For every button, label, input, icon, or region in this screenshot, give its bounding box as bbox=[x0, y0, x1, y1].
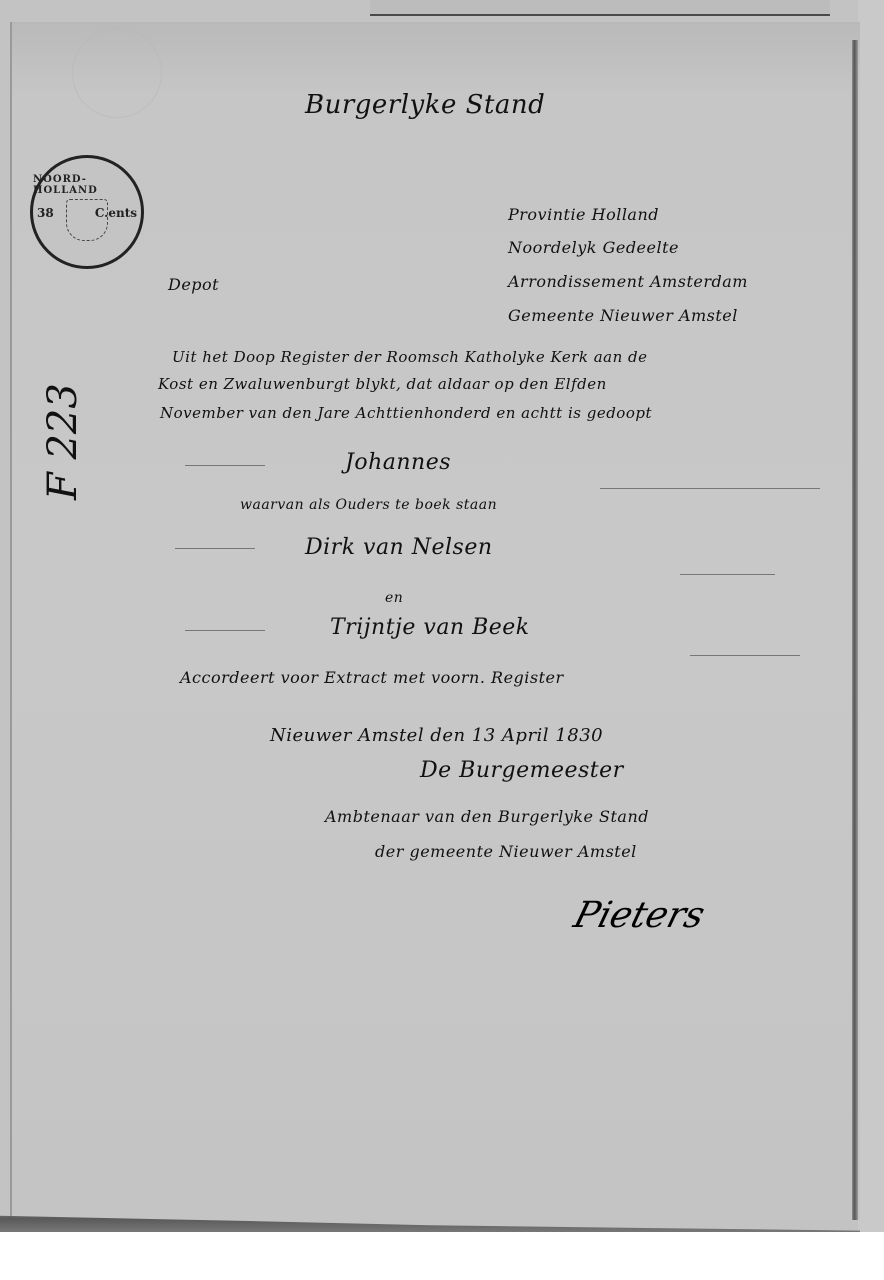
signature: Pieters bbox=[570, 895, 709, 936]
header-municipality: Gemeente Nieuwer Amstel bbox=[508, 306, 738, 325]
header-arrondissement: Arrondissement Amsterdam bbox=[508, 272, 748, 291]
margin-record-number: F 223 bbox=[40, 383, 86, 500]
header-province: Provintie Holland bbox=[508, 205, 659, 224]
conjunction: en bbox=[385, 590, 403, 606]
fill-rule bbox=[690, 655, 800, 656]
father-name: Dirk van Nelsen bbox=[305, 535, 493, 560]
stamp-value: 38 C.ents bbox=[37, 206, 137, 220]
stamp-right-text: C.ents bbox=[95, 206, 137, 220]
stamp-top-text: NOORD-HOLLAND bbox=[33, 174, 141, 196]
child-name: Johannes bbox=[345, 450, 451, 475]
signatory-role-1: Ambtenaar van den Burgerlyke Stand bbox=[325, 807, 649, 826]
embossed-seal bbox=[72, 28, 162, 118]
page-edge-right bbox=[852, 40, 858, 1220]
fill-rule bbox=[680, 574, 775, 575]
top-paper-edge bbox=[370, 0, 830, 16]
signatory-title: De Burgemeester bbox=[420, 758, 624, 783]
body-line-3: November van den Jare Achttienhonderd en… bbox=[160, 404, 652, 422]
signatory-role-2: der gemeente Nieuwer Amstel bbox=[375, 842, 637, 861]
place-date: Nieuwer Amstel den 13 April 1830 bbox=[270, 725, 603, 746]
document-title: Burgerlyke Stand bbox=[305, 90, 545, 120]
depot-label: Depot bbox=[168, 275, 219, 294]
fill-rule bbox=[175, 548, 255, 549]
fill-rule bbox=[600, 488, 820, 489]
header-region: Noordelyk Gedeelte bbox=[508, 238, 679, 257]
tax-stamp: NOORD-HOLLAND 38 C.ents bbox=[30, 155, 144, 269]
document-scan: Burgerlyke Stand NOORD-HOLLAND 38 C.ents… bbox=[0, 0, 884, 1232]
body-line-2: Kost en Zwaluwenburgt blykt, dat aldaar … bbox=[158, 375, 607, 393]
parents-intro: waarvan als Ouders te boek staan bbox=[240, 497, 497, 513]
accordance-line: Accordeert voor Extract met voorn. Regis… bbox=[180, 668, 564, 687]
fill-rule bbox=[185, 630, 265, 631]
underlying-page bbox=[858, 0, 884, 1232]
fill-rule bbox=[185, 465, 265, 466]
mother-name: Trijntje van Beek bbox=[330, 615, 530, 640]
stamp-left-num: 38 bbox=[37, 206, 54, 220]
body-line-1: Uit het Doop Register der Roomsch Kathol… bbox=[172, 348, 648, 366]
